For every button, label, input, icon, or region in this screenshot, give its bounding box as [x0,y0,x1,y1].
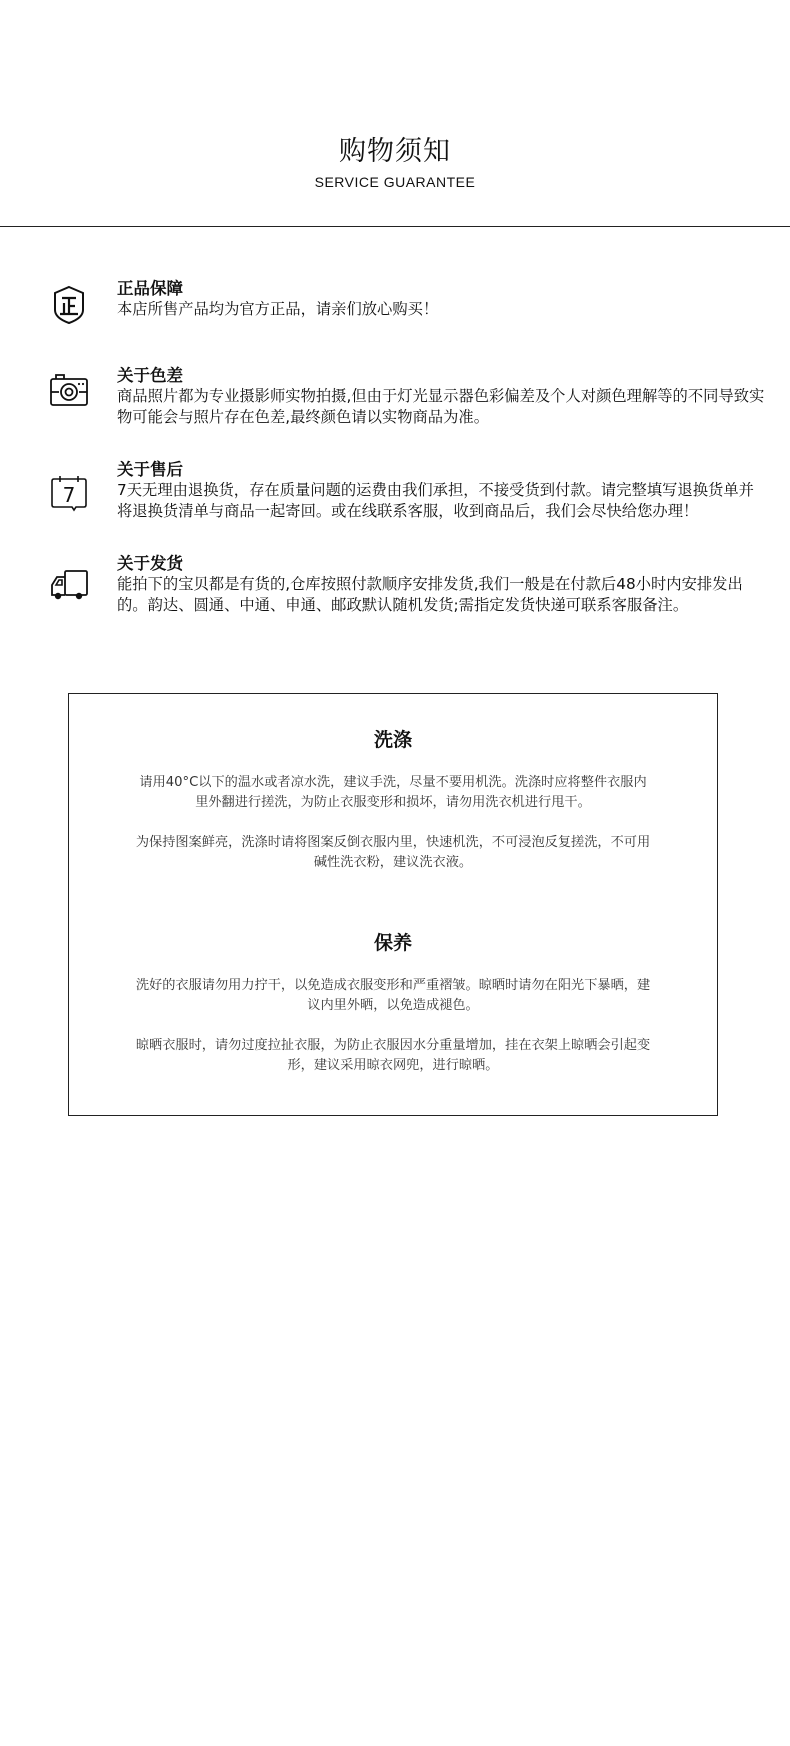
calendar-7-icon: 7 [48,473,90,515]
washing-section: 洗涤 请用40°C以下的温水或者凉水洗，建议手洗，尽量不要用机洗。洗涤时应将整件… [69,727,717,873]
page-subtitle: SERVICE GUARANTEE [0,174,790,190]
notice-body: 本店所售产品均为官方正品，请亲们放心购买！ [117,299,767,320]
notice-body: 商品照片都为专业摄影师实物拍摄,但由于灯光显示器色彩偏差及个人对颜色理解等的不同… [117,386,767,428]
maintenance-section: 保养 洗好的衣服请勿用力拧干，以免造成衣服变形和严重褶皱。晾晒时请勿在阳光下暴晒… [69,930,717,1076]
washing-paragraph-1: 请用40°C以下的温水或者凉水洗，建议手洗，尽量不要用机洗。洗涤时应将整件衣服内… [133,773,653,813]
svg-text:7: 7 [63,483,76,507]
maintenance-paragraph-1: 洗好的衣服请勿用力拧干，以免造成衣服变形和严重褶皱。晾晒时请勿在阳光下暴晒，建议… [133,976,653,1016]
notice-title: 关于色差 [117,365,767,386]
page-title: 购物须知 [0,132,790,172]
notice-title: 正品保障 [117,278,767,299]
washing-title: 洗涤 [69,727,717,753]
notice-title: 关于发货 [117,553,767,574]
notice-body: 能拍下的宝贝都是有货的,仓库按照付款顺序安排发货,我们一般是在付款后48小时内安… [117,574,767,616]
care-instructions-box: 洗涤 请用40°C以下的温水或者凉水洗，建议手洗，尽量不要用机洗。洗涤时应将整件… [68,693,718,1116]
notice-title: 关于售后 [117,459,767,480]
maintenance-paragraph-2: 晾晒衣服时，请勿过度拉扯衣服，为防止衣服因水分重量增加，挂在衣架上晾晒会引起变形… [133,1036,653,1076]
truck-icon [48,565,90,607]
header-divider [0,226,790,227]
notice-body: 7天无理由退换货，存在质量问题的运费由我们承担，不接受货到付款。请完整填写退换货… [117,480,767,522]
maintenance-title: 保养 [69,930,717,956]
camera-icon [48,369,90,411]
washing-paragraph-2: 为保持图案鲜亮，洗涤时请将图案反倒衣服内里，快速机洗，不可浸泡反复搓洗，不可用碱… [133,833,653,873]
page-header: 购物须知 SERVICE GUARANTEE [0,132,790,190]
shield-zheng-icon [48,284,90,326]
